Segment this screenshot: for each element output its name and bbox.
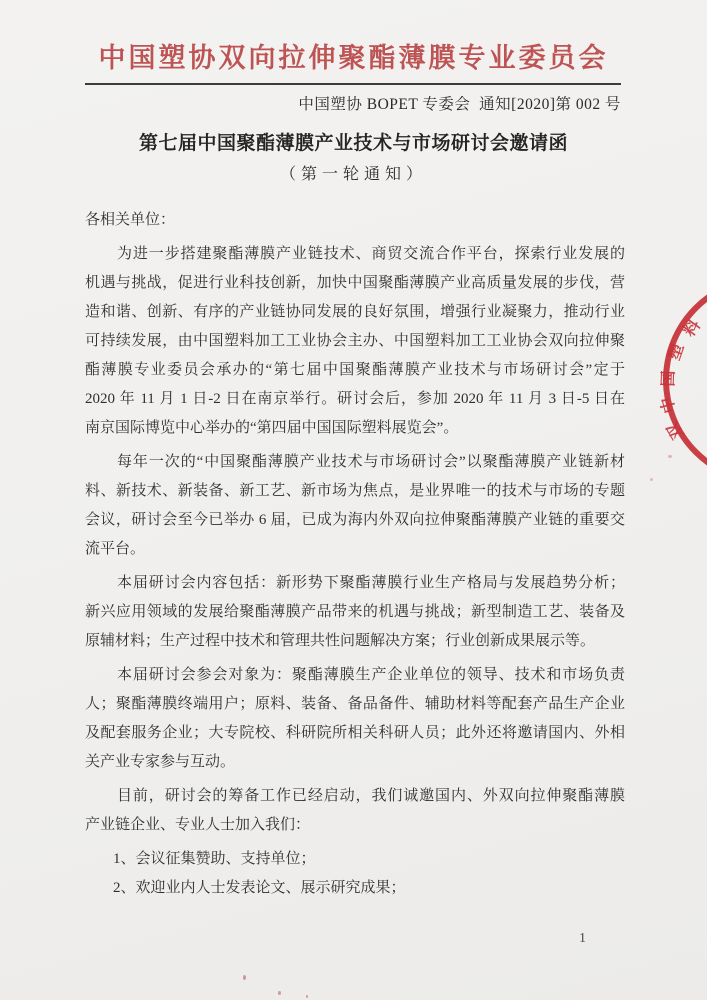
organization-title: 中国塑协双向拉伸聚酯薄膜专业委员会 <box>0 36 707 75</box>
notice-reference-number: 中国塑协 BOPET 专委会 通知[2020]第 002 号 <box>298 92 621 114</box>
body-line: 南京国际博览中心举办的“第四届中国国际塑料展览会”。 <box>85 414 625 443</box>
body-line: 及配套服务企业；大专院校、科研院所相关科研人员；此外还将邀请国内、外相 <box>85 719 625 748</box>
scanned-invitation-letter-page: 中国塑协双向拉伸聚酯薄膜专业委员会 中国塑协 BOPET 专委会 通知[2020… <box>0 0 707 1000</box>
body-line: 产业链企业、专业人士加入我们： <box>85 811 625 840</box>
scan-artifact <box>668 455 672 458</box>
body-line: 2、欢迎业内人士发表论文、展示研究成果； <box>85 874 625 903</box>
body-line: 流平台。 <box>85 535 625 564</box>
header-divider-rule <box>85 83 621 85</box>
seal-character: 国 <box>655 370 679 387</box>
scan-artifact <box>306 995 308 998</box>
scan-artifact <box>243 975 246 980</box>
scan-artifact <box>650 478 653 481</box>
document-title: 第七届中国聚酯薄膜产业技术与市场研讨会邀请函 <box>0 128 707 155</box>
body-line: 1、会议征集赞助、支持单位； <box>85 845 625 874</box>
body-line: 机遇与挑战，促进行业科技创新，加快中国聚酯薄膜产业高质量发展的步伐，营 <box>85 269 625 298</box>
body-line: 为进一步搭建聚酯薄膜产业链技术、商贸交流合作平台，探索行业发展的 <box>85 240 625 269</box>
document-subtitle: （第一轮通知） <box>0 161 707 184</box>
page-number: 1 <box>579 931 586 947</box>
body-line: 新兴应用领域的发展给聚酯薄膜产品带来的机遇与挑战；新型制造工艺、装备及 <box>85 598 625 627</box>
body-line: 各相关单位： <box>85 206 625 235</box>
body-text: 各相关单位：为进一步搭建聚酯薄膜产业链技术、商贸交流合作平台，探索行业发展的机遇… <box>85 206 625 903</box>
body-line: 2020 年 11 月 1 日-2 日在南京举行。研讨会后，参加 2020 年 … <box>85 385 625 414</box>
body-line: 每年一次的“中国聚酯薄膜产业技术与市场研讨会”以聚酯薄膜产业链新材 <box>85 448 625 477</box>
body-line: 可持续发展，由中国塑料加工工业协会主办、中国塑料加工工业协会双向拉伸聚 <box>85 327 625 356</box>
body-line: 料、新技术、新装备、新工艺、新市场为焦点，是业界唯一的技术与市场的专题 <box>85 477 625 506</box>
body-line: 本届研讨会参会对象为：聚酯薄膜生产企业单位的领导、技术和市场负责 <box>85 661 625 690</box>
body-line: 酯薄膜专业委员会承办的“第七届中国聚酯薄膜产业技术与市场研讨会”定于 <box>85 356 625 385</box>
body-line: 人；聚酯薄膜终端用户；原料、装备、备品备件、辅助材料等配套产品生产企业 <box>85 690 625 719</box>
body-line: 关产业专家参与互动。 <box>85 748 625 777</box>
body-line: 目前，研讨会的筹备工作已经启动，我们诚邀国内、外双向拉伸聚酯薄膜 <box>85 782 625 811</box>
body-line: 原辅材料；生产过程中技术和管理共性问题解决方案；行业创新成果展示等。 <box>85 627 625 656</box>
body-line: 造和谐、创新、有序的产业链协同发展的良好氛围，增强行业凝聚力，推动行业 <box>85 298 625 327</box>
scan-artifact <box>278 991 281 995</box>
scan-artifact <box>578 360 582 364</box>
body-line: 会议，研讨会至今已举办 6 届，已成为海内外双向拉伸聚酯薄膜产业链的重要交 <box>85 506 625 535</box>
body-line: 本届研讨会内容包括：新形势下聚酯薄膜行业生产格局与发展趋势分析； <box>85 569 625 598</box>
